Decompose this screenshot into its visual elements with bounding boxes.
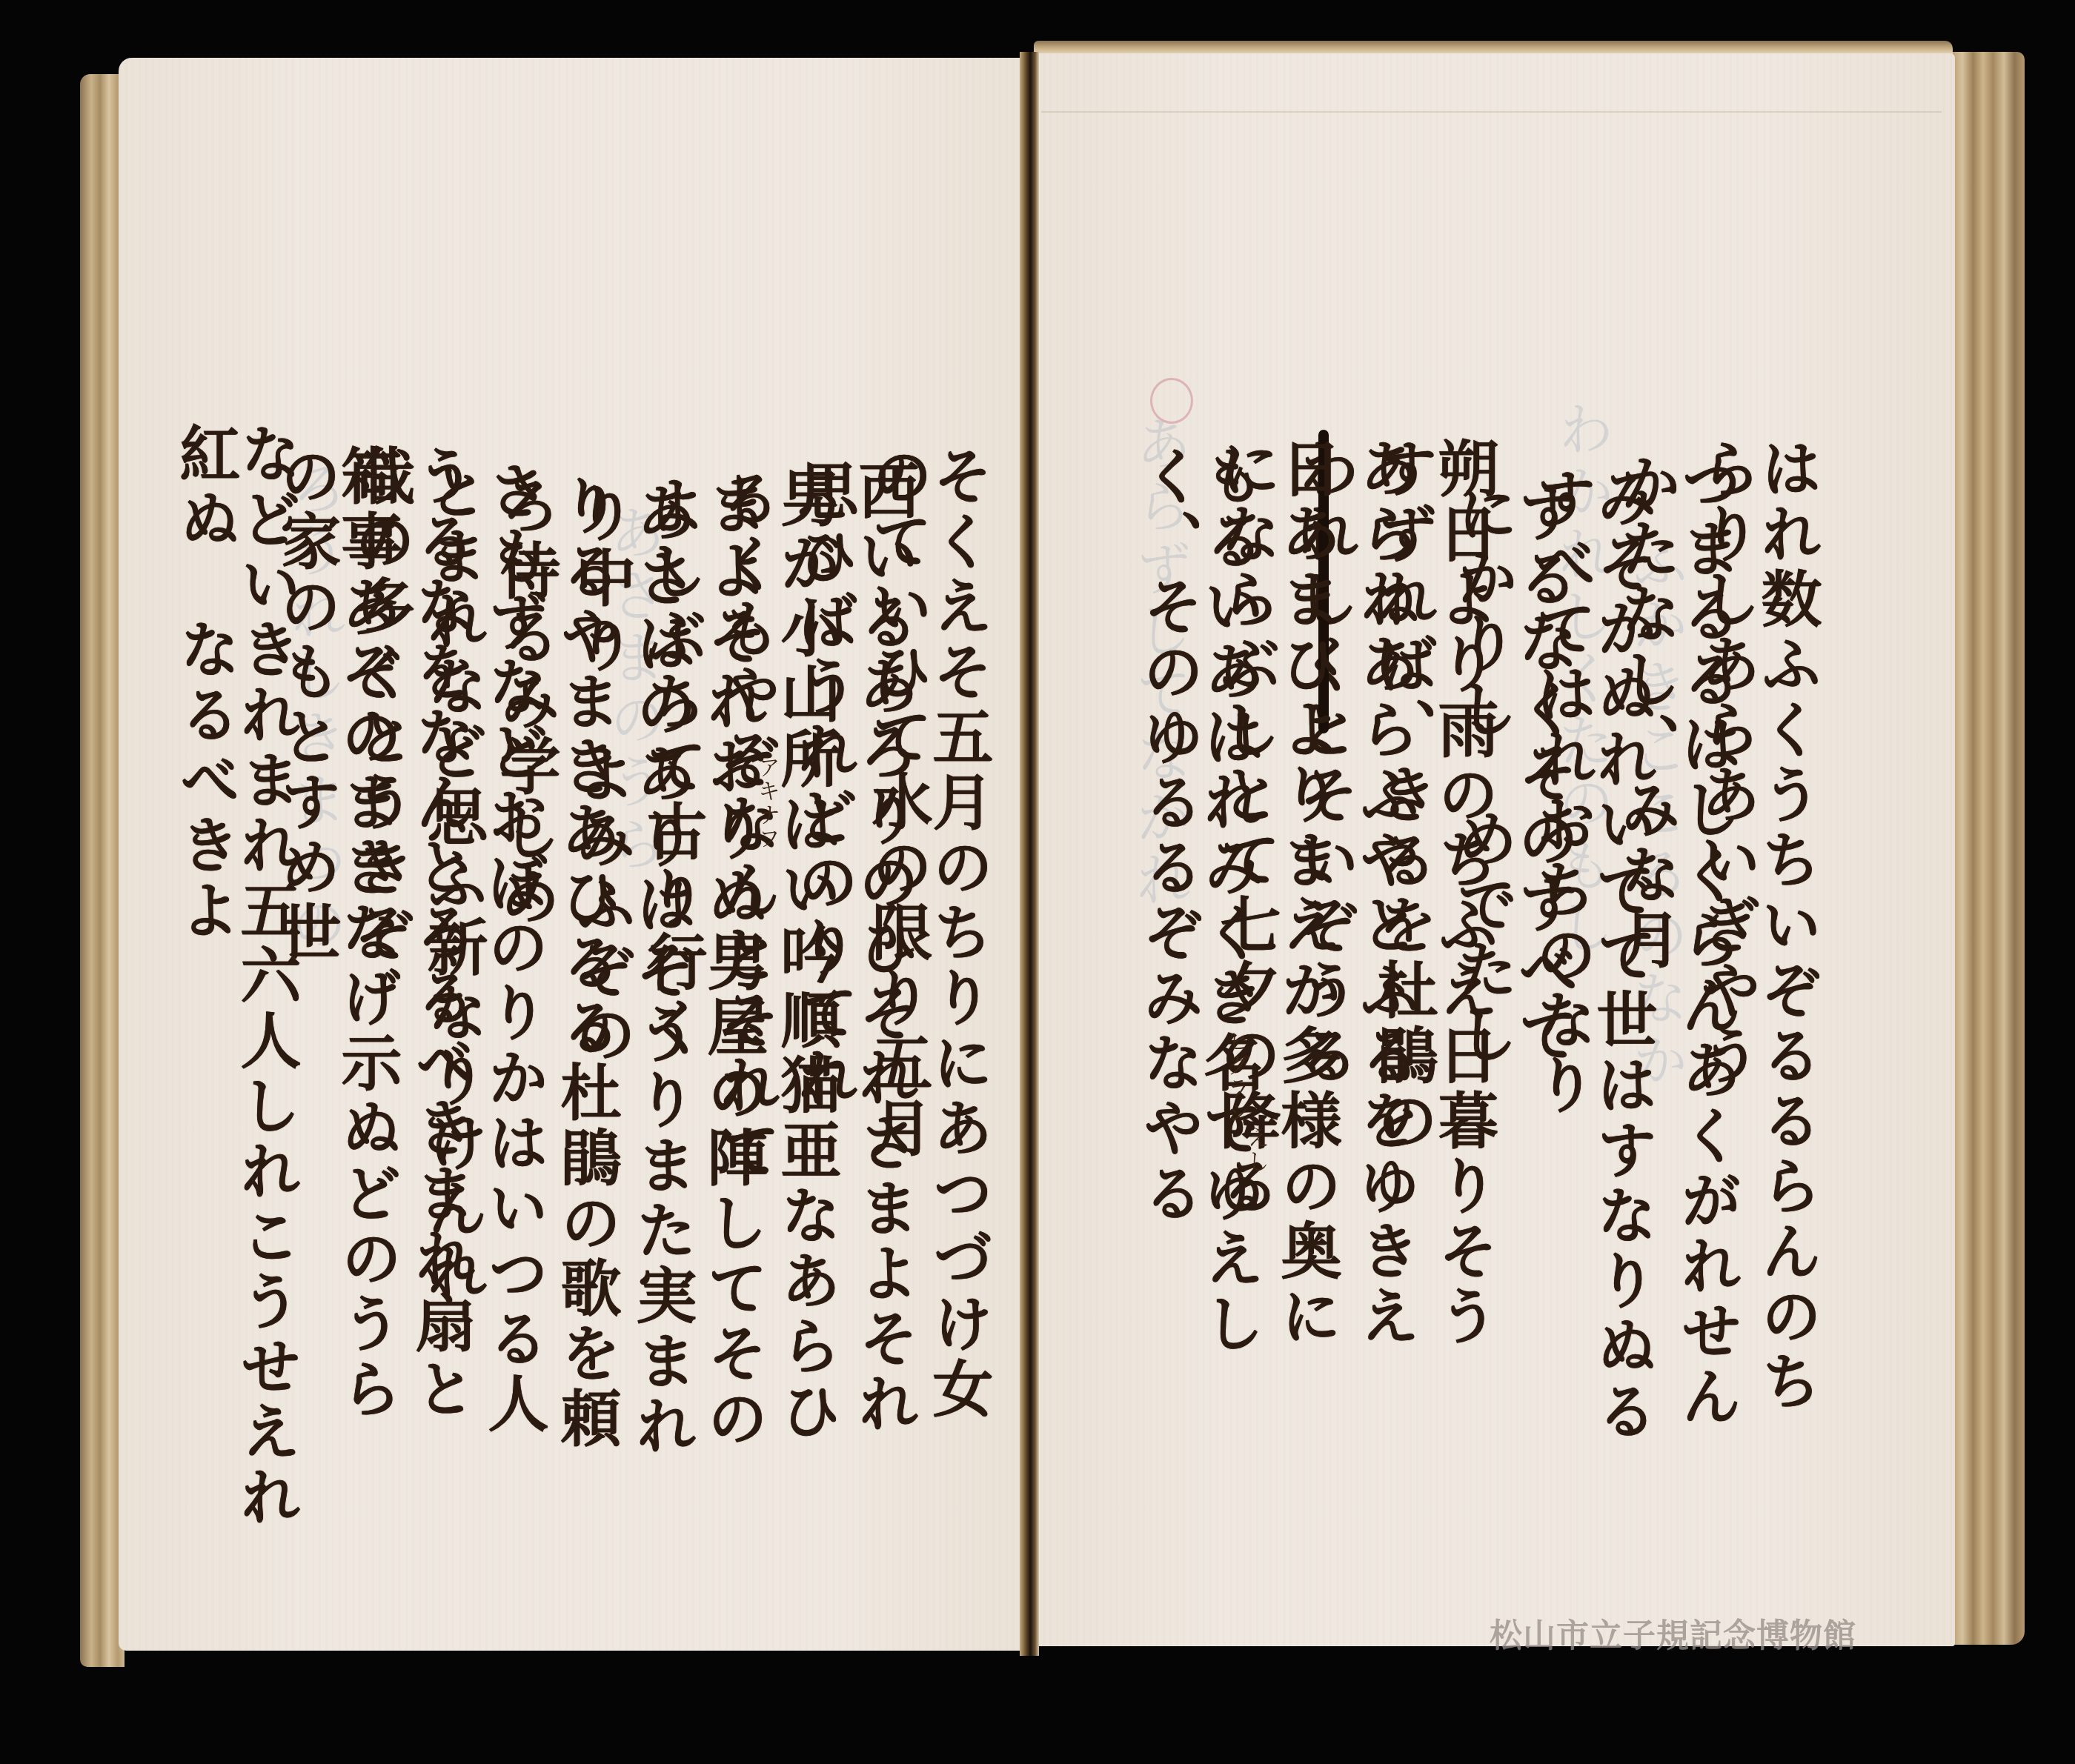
leaf-fold-line <box>1041 111 1942 113</box>
red-circle-mark <box>1150 378 1193 424</box>
book-gutter <box>1020 52 1039 1656</box>
left-page-column-10: などいきれまれ五六人しれこうせえれ紅ぬ なるべきよ <box>175 422 296 1548</box>
museum-watermark: 松山市立子規記念博物館 <box>1490 1609 1856 1657</box>
ruby-annotation-higurashi: ヒグラシ <box>1219 1030 1252 1125</box>
open-manuscript-book: あらずしてなかれ わかれしくたのもし ふかきこころのなか ろうれしきまつの あさ… <box>0 0 2075 1764</box>
right-page-column-8: もるいあはれみくき名でゆえしく、そのゆるるぞみなやる <box>1138 445 1260 1400</box>
ruby-annotation-akinafu: アキナフ <box>750 756 783 851</box>
ruby-annotation: えし <box>1239 1126 1272 1174</box>
left-page-stack-edge <box>80 74 124 1667</box>
